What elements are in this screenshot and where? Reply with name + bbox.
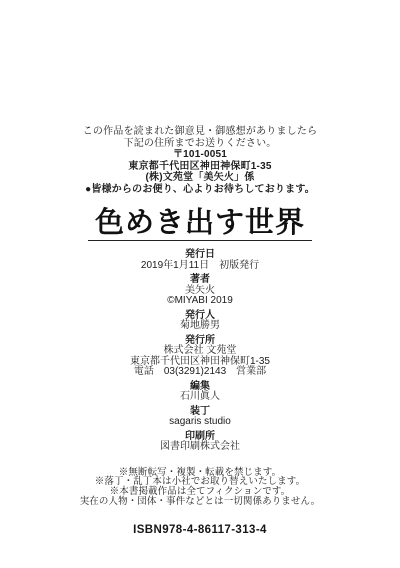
reader-notice-line: 東京都千代田区神田神保町1-35 (0, 161, 400, 173)
section-label: 著者 (0, 275, 400, 286)
reader-notice-line: この作品を読まれた御意見・御感想がありましたら (0, 126, 400, 138)
book-title: 色めき出す世界 (0, 207, 400, 238)
legal-notes: ※無断転写・複製・転載を禁じます。※落丁・乱丁本は小社でお取り替えいたします。※… (0, 468, 400, 507)
colophon-sections: 発行日2019年1月11日 初版発行著者美矢火©MIYABI 2019発行人菊地… (0, 250, 400, 453)
colophon-section: 著者美矢火©MIYABI 2019 (0, 275, 400, 307)
section-line: 図書印刷株式会社 (0, 442, 400, 453)
reader-notice-line: ●皆様からのお便り、心よりお待ちしております。 (0, 184, 400, 196)
section-line: 電話 03(3291)2143 営業部 (0, 367, 400, 378)
section-line: 株式会社 文苑堂 (0, 346, 400, 357)
colophon-section: 発行人菊地勝男 (0, 311, 400, 332)
section-line: 菊地勝男 (0, 321, 400, 332)
section-line: 2019年1月11日 初版発行 (0, 261, 400, 272)
colophon-section: 発行所株式会社 文苑堂東京都千代田区神田神保町1-35電話 03(3291)21… (0, 336, 400, 378)
reader-notice: この作品を読まれた御意見・御感想がありましたら下記の住所までお送りください。〒1… (0, 126, 400, 195)
title-underline (88, 240, 312, 241)
section-label: 発行日 (0, 250, 400, 261)
colophon-section: 発行日2019年1月11日 初版発行 (0, 250, 400, 271)
legal-note-line: 実在の人物・団体・事件などとは一切関係ありません。 (0, 497, 400, 507)
section-line: ©MIYABI 2019 (0, 296, 400, 307)
reader-notice-line: (株)文苑堂「美矢火」係 (0, 172, 400, 184)
colophon-page: この作品を読まれた御意見・御感想がありましたら下記の住所までお送りください。〒1… (0, 0, 400, 568)
book-title-block: 色めき出す世界 (0, 207, 400, 241)
colophon-section: 装丁sagaris studio (0, 407, 400, 428)
reader-notice-line: 〒101-0051 (0, 149, 400, 161)
section-line: sagaris studio (0, 417, 400, 428)
colophon-section: 編集石川眞人 (0, 382, 400, 403)
colophon-section: 印刷所図書印刷株式会社 (0, 432, 400, 453)
reader-notice-line: 下記の住所までお送りください。 (0, 138, 400, 150)
isbn: ISBN978-4-86117-313-4 (0, 524, 400, 536)
section-line: 石川眞人 (0, 392, 400, 403)
